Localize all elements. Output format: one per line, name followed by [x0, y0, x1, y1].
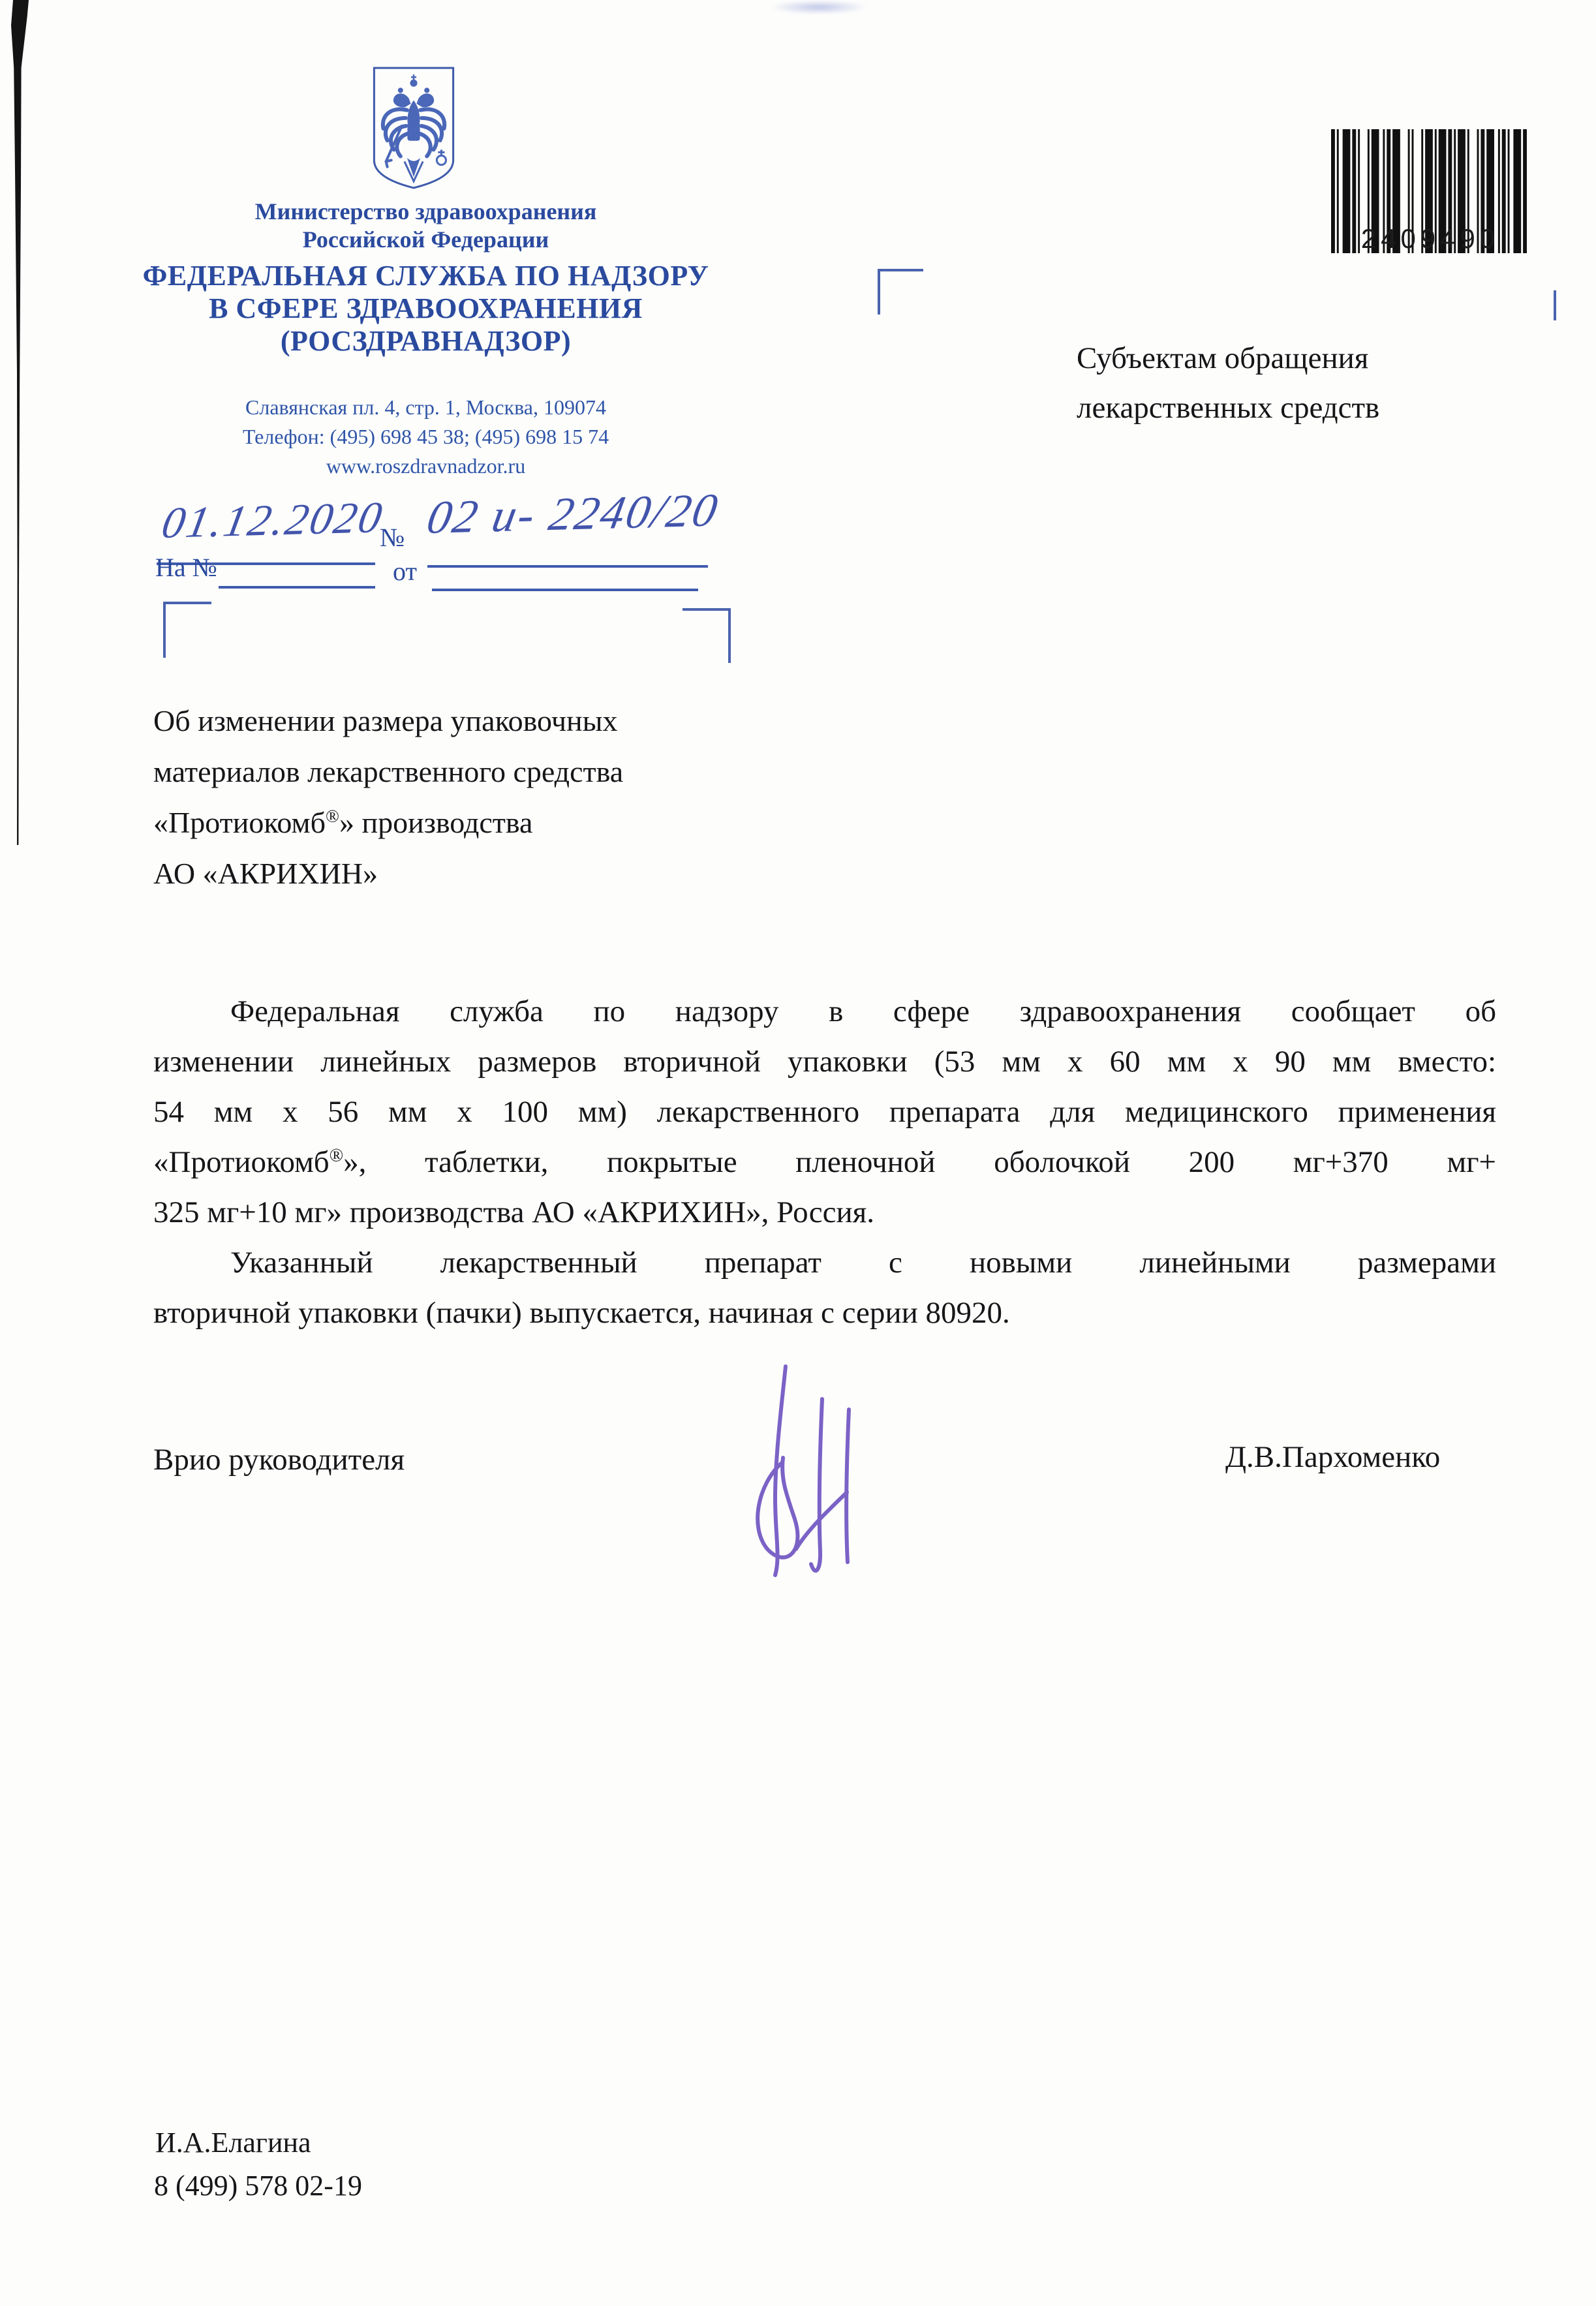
recipient-line1: Субъектам обращения	[1077, 333, 1494, 383]
body-line: изменении линейных размеров вторичной уп…	[153, 1037, 1496, 1087]
right-edge-tick	[1554, 290, 1556, 320]
reply-date-underline	[432, 589, 698, 591]
letterhead-website: www.roszdravnadzor.ru	[117, 454, 734, 478]
letterhead-phone: Телефон: (495) 698 45 38; (495) 698 15 7…	[117, 425, 734, 448]
ministry-name-line2: Российской Федерации	[117, 226, 734, 253]
executor-phone: 8 (499) 578 02-19	[154, 2169, 362, 2202]
reply-from-label: от	[393, 556, 417, 587]
recipient-block: Субъектам обращения лекарственных средст…	[1077, 333, 1494, 433]
signer-name: Д.В.Пархоменко	[1225, 1439, 1440, 1475]
body-line: Федеральная служба по надзору в сфере зд…	[153, 987, 1496, 1037]
subject-line: материалов лекарственного средства	[153, 746, 904, 797]
letterhead-address: Славянская пл. 4, стр. 1, Москва, 109074	[117, 395, 734, 419]
number-sign-label: №	[380, 522, 405, 553]
recipient-corner-bracket	[878, 269, 923, 315]
service-name-line1: ФЕДЕРАЛЬНАЯ СЛУЖБА ПО НАДЗОРУ	[117, 260, 734, 292]
body-line: Указанный лекарственный препарат с новым…	[153, 1238, 1496, 1288]
subject-line: Об изменении размера упаковочных	[153, 696, 904, 746]
scan-smudge-artifact	[770, 0, 868, 14]
reply-number-label: На №	[155, 552, 217, 583]
recipient-line2: лекарственных средств	[1077, 383, 1494, 433]
scan-edge-artifact	[9, 0, 29, 845]
executor-name: И.А.Елагина	[155, 2126, 311, 2159]
subject-line: АО «АКРИХИН»	[153, 848, 904, 899]
service-name-line2: В СФЕРЕ ЗДРАВООХРАНЕНИЯ	[117, 292, 734, 325]
signer-position: Врио руководителя	[153, 1442, 405, 1477]
body-line: 325 мг+10 мг» производства АО «АКРИХИН»,…	[153, 1188, 1496, 1238]
coat-of-arms-icon	[367, 63, 460, 192]
letter-body: Федеральная служба по надзору в сфере зд…	[153, 987, 1496, 1338]
reply-number-underline	[219, 586, 375, 589]
subject-block: Об изменении размера упаковочныхматериал…	[153, 696, 904, 899]
signature-ink	[743, 1359, 883, 1584]
service-name-line3: (РОСЗДРАВНАДЗОР)	[117, 325, 734, 358]
address-zone-left-bracket	[163, 602, 211, 658]
outgoing-number-handwritten: 02 и- 2240/20	[423, 483, 724, 545]
body-line: 54 мм х 56 мм х 100 мм) лекарственного п…	[153, 1087, 1496, 1137]
outgoing-date-handwritten: 01.12.2020	[158, 491, 388, 549]
body-line: «Протиокомб®», таблетки, покрытые пленоч…	[153, 1137, 1496, 1188]
address-zone-right-bracket	[683, 608, 731, 663]
barcode-number: 2409490	[1339, 223, 1522, 254]
body-line: вторичной упаковки (пачки) выпускается, …	[153, 1288, 1496, 1338]
subject-line: «Протиокомб®» производства	[153, 797, 904, 848]
number-underline	[427, 565, 708, 568]
letter-page: { "colors": { "letterhead_blue": "#2a4a9…	[0, 0, 1596, 2306]
ministry-name-line1: Министерство здравоохранения	[117, 198, 734, 225]
